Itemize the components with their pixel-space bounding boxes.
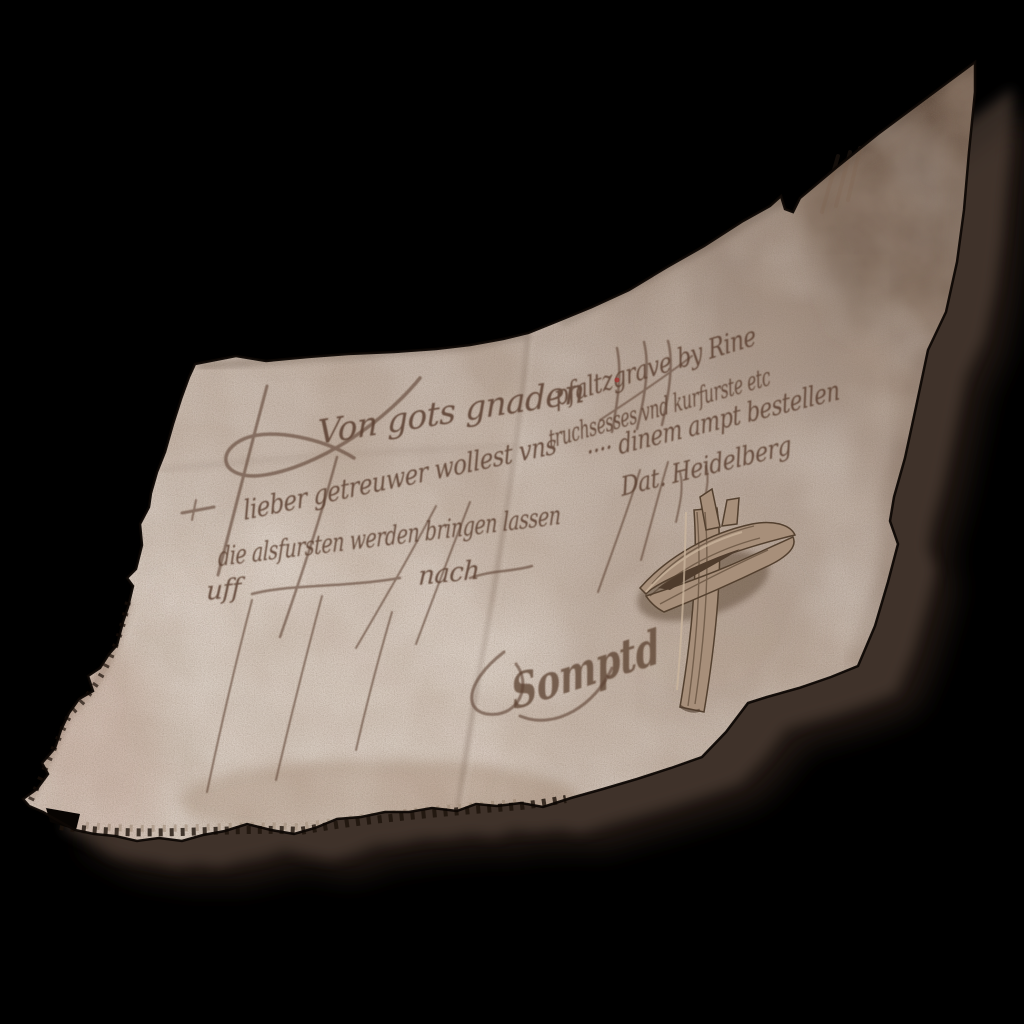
manuscript-photo: Von gots gnaden pfaltzgrave by Rine truc… <box>0 0 1024 1024</box>
photo-stage: Von gots gnaden pfaltzgrave by Rine truc… <box>0 0 1024 1024</box>
red-wax-speck <box>615 378 620 383</box>
manuscript-line-4a: uff <box>206 573 246 607</box>
